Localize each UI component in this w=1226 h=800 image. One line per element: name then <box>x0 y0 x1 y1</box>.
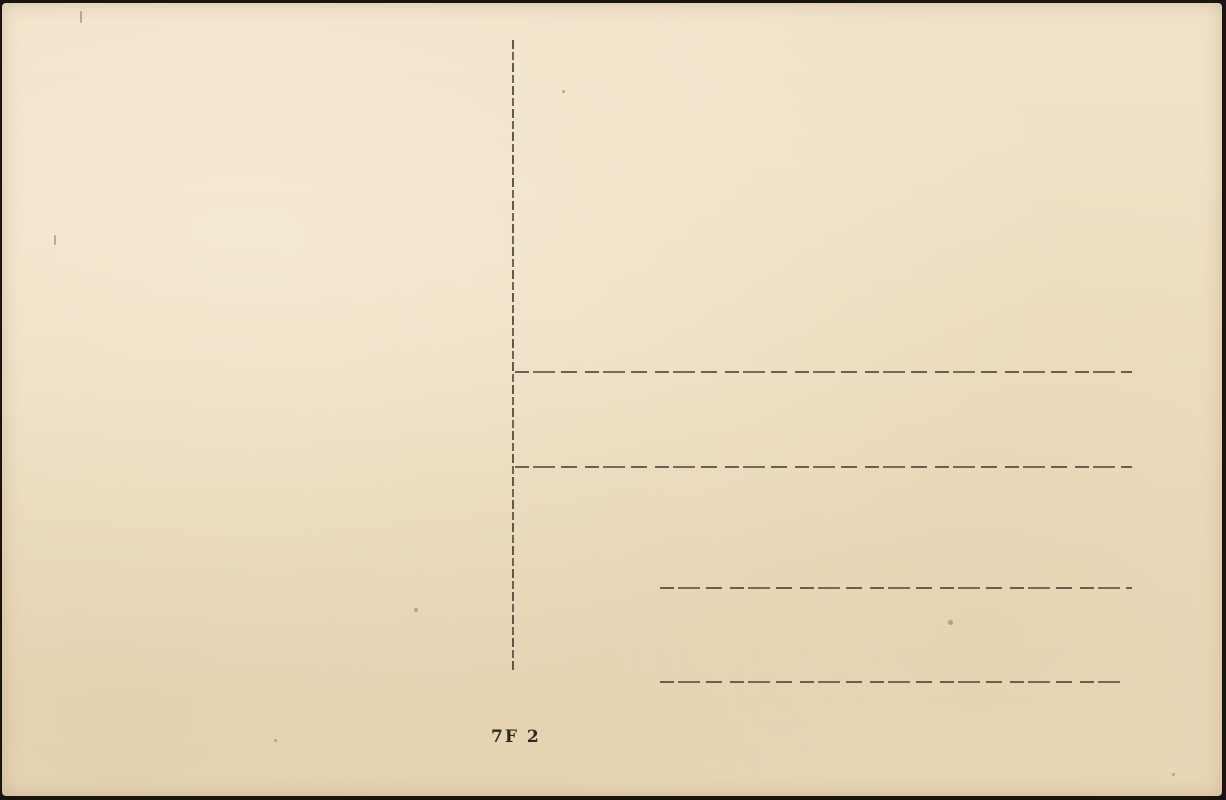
paper-speck <box>54 235 56 245</box>
paper-speck <box>1172 773 1175 776</box>
paper-speck <box>80 11 82 23</box>
postcard-back: 7F 2 <box>2 3 1222 796</box>
printer-mark: 7F 2 <box>491 727 541 747</box>
address-line-4 <box>660 681 1126 683</box>
paper-speck <box>414 608 418 612</box>
paper-speck <box>274 739 277 742</box>
paper-speck <box>562 90 565 93</box>
address-line-3 <box>660 587 1132 589</box>
address-line-2 <box>515 466 1132 468</box>
address-line-1 <box>515 371 1132 373</box>
message-address-divider <box>512 40 514 670</box>
paper-speck <box>948 620 953 625</box>
